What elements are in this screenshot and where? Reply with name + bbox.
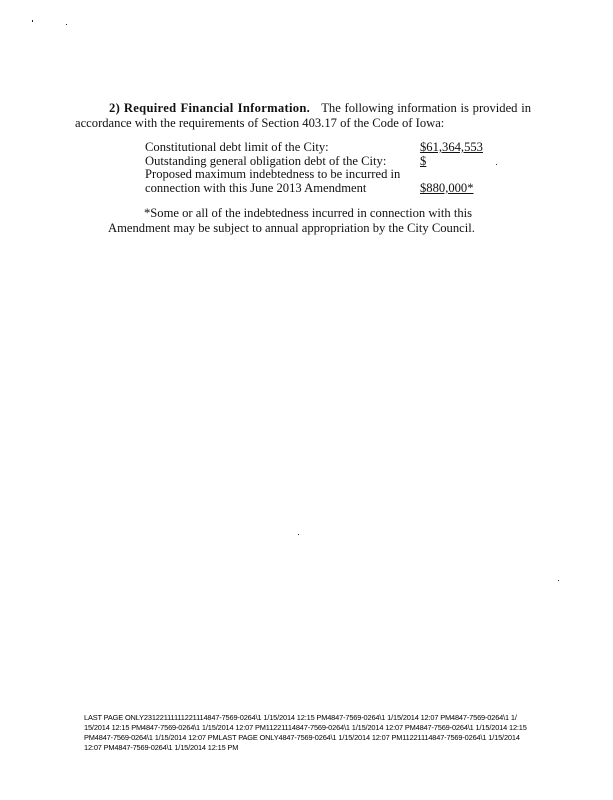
scan-speck	[558, 580, 559, 581]
footnote-line: Amendment may be subject to annual appro…	[108, 221, 508, 236]
info-value: $61,364,553	[420, 141, 490, 155]
section-number: 2)	[109, 101, 120, 115]
scan-speck	[298, 534, 299, 535]
info-value: $880,000*	[420, 182, 490, 196]
stamp-line: PM4847-7569-0264\1 1/15/2014 12:07 PMLAS…	[84, 733, 554, 743]
info-label: Constitutional debt limit of the City:	[145, 141, 420, 155]
stamp-line: LAST PAGE ONLY23122111111221114847-7569-…	[84, 713, 554, 723]
info-value: $	[420, 155, 490, 169]
scan-speck	[66, 24, 67, 25]
scan-speck	[496, 164, 497, 165]
section-paragraph: 2) Required Financial Information. The f…	[75, 101, 531, 131]
stamp-line: 15/2014 12:15 PM4847-7569-0264\1 1/15/20…	[84, 723, 554, 733]
info-row-outstanding-debt: Outstanding general obligation debt of t…	[145, 155, 490, 169]
info-row-amendment: connection with this June 2013 Amendment…	[145, 182, 490, 196]
footnote-line: *Some or all of the indebtedness incurre…	[108, 206, 508, 221]
info-row-proposed-indebtedness: Proposed maximum indebtedness to be incu…	[145, 168, 490, 182]
info-label: connection with this June 2013 Amendment	[145, 182, 420, 196]
info-label: Proposed maximum indebtedness to be incu…	[145, 168, 420, 182]
footnote: *Some or all of the indebtedness incurre…	[108, 206, 508, 236]
info-label: Outstanding general obligation debt of t…	[145, 155, 420, 169]
info-value	[420, 168, 490, 182]
section-heading: Required Financial Information.	[124, 101, 310, 115]
document-id-stamp: LAST PAGE ONLY23122111111221114847-7569-…	[84, 713, 554, 753]
info-row-debt-limit: Constitutional debt limit of the City: $…	[145, 141, 490, 155]
required-financial-information-section: 2) Required Financial Information. The f…	[75, 101, 531, 131]
scan-speck	[32, 20, 33, 22]
financial-info-table: Constitutional debt limit of the City: $…	[145, 141, 490, 195]
stamp-line: 12:07 PM4847-7569-0264\1 1/15/2014 12:15…	[84, 743, 554, 753]
